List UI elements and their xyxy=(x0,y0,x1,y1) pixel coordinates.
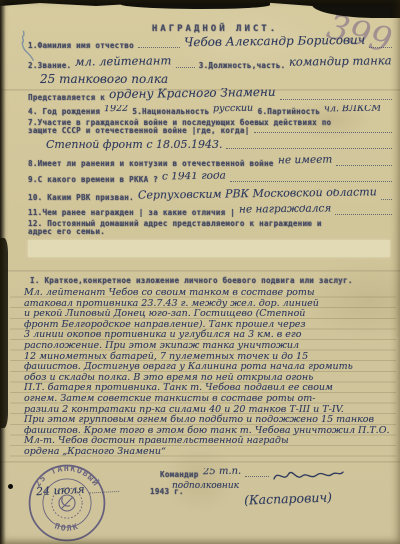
torn-edge-top-right xyxy=(312,0,400,18)
presented-award-value: ордену Красного Знамени xyxy=(109,88,276,101)
field-draft-row: 10. Каким РВК призван. Серпуховским РВК … xyxy=(28,189,392,202)
torn-edge-left-blob xyxy=(0,238,8,428)
signature-name-value: (Каспарович) xyxy=(244,489,332,507)
field-unit-value: 25 танкового полка xyxy=(40,72,168,86)
draft-office-value: Серпуховским РВК Московской области xyxy=(138,189,377,202)
dotted-leader xyxy=(381,199,392,200)
dotted-leader xyxy=(254,132,392,133)
nationality-value: русский xyxy=(213,105,253,114)
field-war-participation-value-row: Степной фронт с 18.05.1943. xyxy=(46,138,392,151)
party-value: чл. ВЛКСМ xyxy=(324,105,381,114)
document-title: НАГРАДНОЙ ЛИСТ. xyxy=(30,24,400,34)
nationality-label: 5.Национальность xyxy=(132,107,209,116)
field-position-label: 3.Должность,часть. xyxy=(199,61,286,70)
draft-office-label: 10. Каким РВК призван. xyxy=(28,193,134,202)
field-war-participation-row2: защите СССР и отечественной войне |где, … xyxy=(28,126,392,135)
service-since-value: с 1941 года xyxy=(162,172,226,182)
blank-address-area xyxy=(28,240,390,257)
dotted-leader xyxy=(230,181,392,182)
field-rank-label: 2.Звание. xyxy=(28,61,71,70)
field-service-row: 9.С какого времени в РККА ? с 1941 года xyxy=(28,172,392,184)
unit-round-stamp: 25 ТАНКОВЫЙ ПОЛК xyxy=(24,462,110,544)
dotted-leader xyxy=(280,99,392,100)
date-day-month-value: 24 июля xyxy=(36,483,85,499)
stamp-ring-text-bottom: ПОЛК xyxy=(53,521,80,533)
combat-description-text: Мл. лейтенант Чебов со своим танком в со… xyxy=(24,288,394,458)
field-name-label: 1.Фамилия имя отчество xyxy=(28,41,134,50)
home-address-label-line2: адрес его семьи. xyxy=(28,227,105,236)
dotted-leader xyxy=(336,165,392,166)
year-label: 1943 г. xyxy=(150,487,184,496)
description-line: огнем. Затем советские танкисты в состав… xyxy=(24,394,394,405)
party-label: 6.Партийность xyxy=(258,107,321,116)
birth-year-label: 4. Год рождения xyxy=(28,107,100,116)
field-address-row2: адрес его семьи. xyxy=(28,227,392,236)
field-name-row: 1.Фамилия имя отчество Чебов Александр Б… xyxy=(28,36,392,50)
dotted-leader xyxy=(245,476,269,477)
presented-for-label: Представляется к xyxy=(28,93,105,102)
service-since-label: 9.С какого времени в РККА ? xyxy=(28,175,158,184)
wounds-label: 8.Имеет ли ранения и контузии в отечеств… xyxy=(28,159,274,168)
commander-unit-value: 25 т.п. xyxy=(202,468,240,477)
dotted-leader xyxy=(176,67,195,68)
year-row: 1943 г. xyxy=(150,487,200,496)
war-participation-value: Степной фронт с 18.05.1943. xyxy=(46,138,222,151)
field-position-value: командир танка xyxy=(289,56,392,69)
dotted-leader xyxy=(89,491,119,494)
description-line: Мл. лейтенант Чебов со своим танком в со… xyxy=(24,288,394,299)
field-rank-row: 2.Звание. мл. лейтенант 3.Должность,част… xyxy=(28,56,392,70)
birth-year-value: 1922 xyxy=(104,105,128,114)
paper-hole xyxy=(8,484,13,489)
field-name-value: Чебов Александр Борисович xyxy=(184,36,365,49)
commander-label: Командир xyxy=(160,470,199,479)
previous-awards-value: не награждался xyxy=(239,205,331,216)
dotted-leader xyxy=(138,47,180,48)
award-sheet-scan: 399 НАГРАДНОЙ ЛИСТ. 1.Фамилия имя отчест… xyxy=(0,0,400,544)
field-unit-row: 25 танкового полка xyxy=(40,72,392,86)
description-line: расположение. При этом экипаж танка унич… xyxy=(24,341,394,352)
torn-edge-top-middle xyxy=(120,0,270,9)
field-previous-awards-row: 11.Чем ранее награжден | за какие отличи… xyxy=(28,205,392,217)
signature-scrawl xyxy=(272,466,344,486)
dotted-leader xyxy=(335,214,392,215)
fold-crease xyxy=(0,270,400,272)
description-line: ордена „Красного Знамени“ xyxy=(24,447,394,458)
previous-awards-label: 11.Чем ранее награжден | за какие отличи… xyxy=(28,208,235,217)
field-rank-value: мл. лейтенант xyxy=(75,56,172,69)
field-wounds-row: 8.Имеет ли ранения и контузии в отечеств… xyxy=(28,156,392,168)
svg-text:ПОЛК: ПОЛК xyxy=(53,521,80,533)
dotted-leader xyxy=(226,148,392,149)
combat-description-heading: I. Краткое,конкретное изложение личного … xyxy=(30,276,353,285)
field-award-row: Представляется к ордену Красного Знамени xyxy=(28,88,392,102)
wounds-value: не имеет xyxy=(278,156,332,166)
war-participation-label-line2: защите СССР и отечественной войне |где, … xyxy=(28,126,250,135)
dotted-leader xyxy=(369,47,392,48)
field-birth-nationality-row: 4. Год рождения 1922 5.Национальность ру… xyxy=(28,105,392,116)
